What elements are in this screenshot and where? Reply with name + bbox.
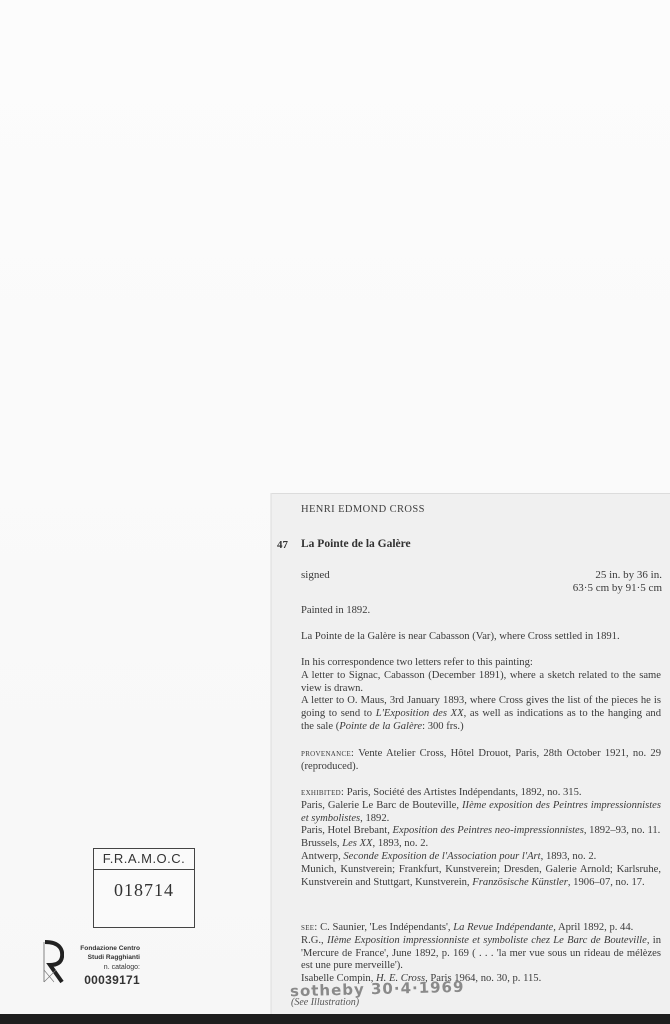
archive-label-catalog-caption: n. catalogo: [78, 962, 140, 973]
see-label: SEE: [301, 922, 317, 933]
archive-label-line-2: Studi Ragghianti [78, 953, 140, 962]
correspondence-letter-1: A letter to Signac, Cabasson (December 1… [301, 670, 661, 696]
archive-catalog-number: 00039171 [78, 973, 140, 987]
provenance-label: PROVENANCE: [301, 748, 354, 759]
signed-note: signed [301, 569, 330, 581]
scan-bottom-edge [0, 1014, 670, 1024]
correspondence-section: In his correspondence two letters refer … [301, 657, 661, 734]
dimensions: 25 in. by 36 in. 63·5 cm by 91·5 cm [573, 569, 662, 595]
stamp-number: 018714 [94, 880, 194, 901]
see-section: SEE: C. Saunier, 'Les Indépendants', La … [301, 922, 661, 986]
provenance-section: PROVENANCE: Vente Atelier Cross, Hôtel D… [301, 748, 661, 774]
dimensions-cm: 63·5 cm by 91·5 cm [573, 582, 662, 595]
painted-date: Painted in 1892. [301, 605, 661, 618]
archive-label-line-1: Fondazione Centro [78, 944, 140, 953]
lot-number: 47 [277, 539, 288, 551]
framoc-stamp: F.R.A.M.O.C. 018714 [93, 848, 195, 928]
lot-title: La Pointe de la Galère [301, 538, 411, 550]
ragghianti-logo-icon [42, 940, 64, 984]
location-note: La Pointe de la Galère is near Cabasson … [301, 631, 661, 644]
exhibited-section: EXHIBITED: Paris, Société des Artistes I… [301, 787, 661, 889]
correspondence-letter-2: A letter to O. Maus, 3rd January 1893, w… [301, 695, 661, 733]
exhibited-label: EXHIBITED: [301, 787, 344, 798]
correspondence-intro: In his correspondence two letters refer … [301, 657, 661, 670]
see-illustration-note: (See Illustration) [291, 997, 359, 1008]
dimensions-inches: 25 in. by 36 in. [573, 569, 662, 582]
artist-name: HENRI EDMOND CROSS [301, 504, 425, 515]
stamp-header: F.R.A.M.O.C. [94, 849, 194, 870]
catalogue-clipping: HENRI EDMOND CROSS 47 La Pointe de la Ga… [271, 493, 670, 1014]
archive-label: Fondazione Centro Studi Ragghianti n. ca… [78, 944, 140, 987]
